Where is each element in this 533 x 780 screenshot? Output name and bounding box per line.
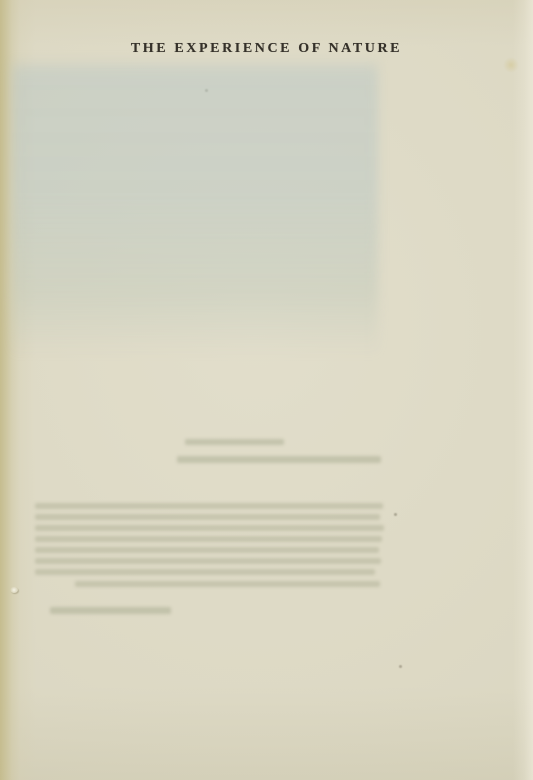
foxing-spot: [503, 57, 519, 73]
ghost-paragraph-showthrough: [35, 503, 385, 593]
ghost-text-line: [75, 581, 380, 587]
paper-speck: [205, 89, 208, 92]
ghost-text-line: [50, 607, 171, 614]
ghost-text-line: [35, 547, 379, 553]
ghost-text-line: [185, 439, 284, 445]
ghost-text-line: [35, 503, 383, 509]
ghost-text-line: [177, 456, 381, 463]
half-title-text: THE EXPERIENCE OF NATURE: [0, 40, 533, 57]
paper-speck: [10, 587, 18, 593]
ghost-text-line: [35, 514, 380, 520]
ghost-text-line: [35, 558, 381, 564]
verso-plate-showthrough: [12, 58, 378, 356]
ghost-text-line: [35, 569, 375, 575]
paper-speck: [399, 665, 402, 668]
ghost-text-line: [35, 525, 384, 531]
paper-speck: [394, 513, 397, 516]
scanned-book-page: THE EXPERIENCE OF NATURE: [0, 0, 533, 780]
ghost-text-line: [35, 536, 382, 542]
